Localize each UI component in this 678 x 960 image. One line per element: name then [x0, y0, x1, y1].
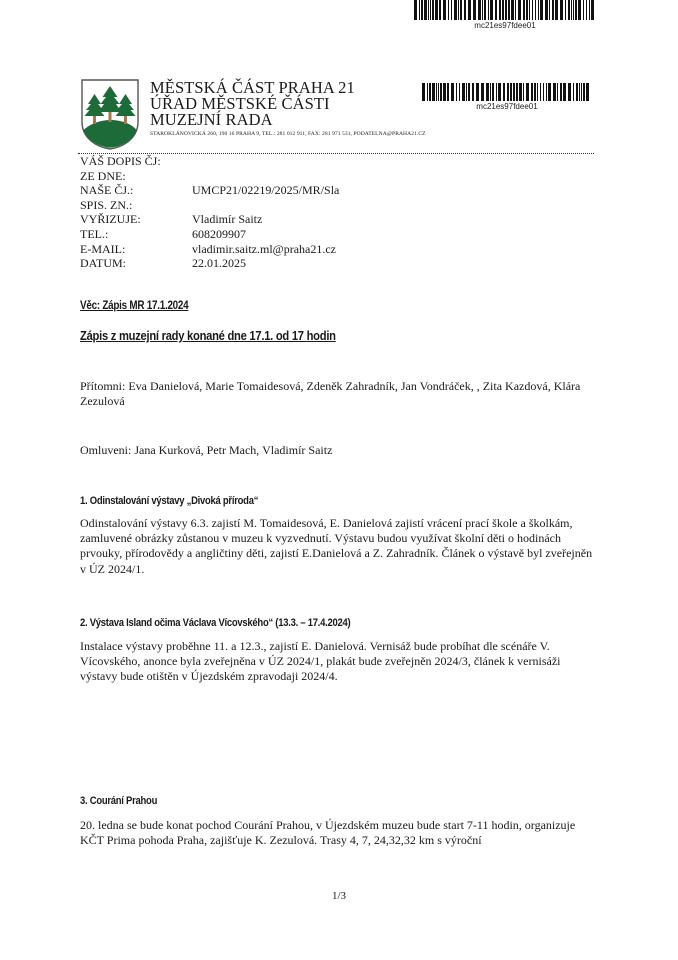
subject-line: Věc: Zápis MR 17.1.2024	[80, 300, 188, 312]
barcode-top-caption: mc21es97fdee01	[414, 21, 596, 30]
document-title: Zápis z muzejní rady konané dne 17.1. od…	[80, 328, 336, 343]
barcode-header-caption: mc21es97fdee01	[422, 102, 592, 111]
section-3-text: 20. ledna se bude konat pochod Courání P…	[80, 818, 600, 848]
coat-of-arms-icon	[80, 78, 140, 150]
meta-row-your-letter: VÁŠ DOPIS ČJ:	[80, 154, 339, 169]
org-name-line3: MUZEJNÍ RADA	[150, 112, 426, 128]
attendees-present: Přítomni: Eva Danielová, Marie Tomaideso…	[80, 379, 600, 409]
meta-row-date: DATUM:22.01.2025	[80, 256, 339, 271]
letterhead: MĚSTSKÁ ČÁST PRAHA 21 ÚŘAD MĚSTSKÉ ČÁSTI…	[150, 80, 426, 138]
page-number: 1/3	[0, 890, 678, 902]
barcode-header	[422, 83, 592, 101]
section-2-text: Instalace výstavy proběhne 11. a 12.3., …	[80, 639, 600, 685]
section-3-title: 3. Courání Prahou	[80, 795, 157, 807]
meta-row-our-ref: NAŠE ČJ.:UMCP21/02219/2025/MR/Sla	[80, 183, 339, 198]
section-1-title: 1. Odinstalování výstavy „Divoká příroda…	[80, 495, 258, 507]
meta-row-email: E-MAIL:vladimir.saitz.ml@praha21.cz	[80, 242, 339, 257]
meta-row-date-from: ZE DNE:	[80, 169, 339, 184]
meta-row-handled-by: VYŘIZUJE:Vladimír Saitz	[80, 212, 339, 227]
attendees-excused: Omluveni: Jana Kurková, Petr Mach, Vladi…	[80, 443, 600, 458]
meta-row-file-mark: SPIS. ZN.:	[80, 198, 339, 213]
reference-block: VÁŠ DOPIS ČJ: ZE DNE: NAŠE ČJ.:UMCP21/02…	[80, 154, 339, 271]
section-1-text: Odinstalování výstavy 6.3. zajistí M. To…	[80, 516, 600, 577]
meta-row-phone: TEL.:608209907	[80, 227, 339, 242]
barcode-top	[414, 0, 596, 20]
org-address: STAROKLÁNOVICKÁ 260, 190 16 PRAHA 9, TEL…	[150, 130, 426, 138]
section-2-title: 2. Výstava Island očima Václava Vícovské…	[80, 617, 350, 629]
